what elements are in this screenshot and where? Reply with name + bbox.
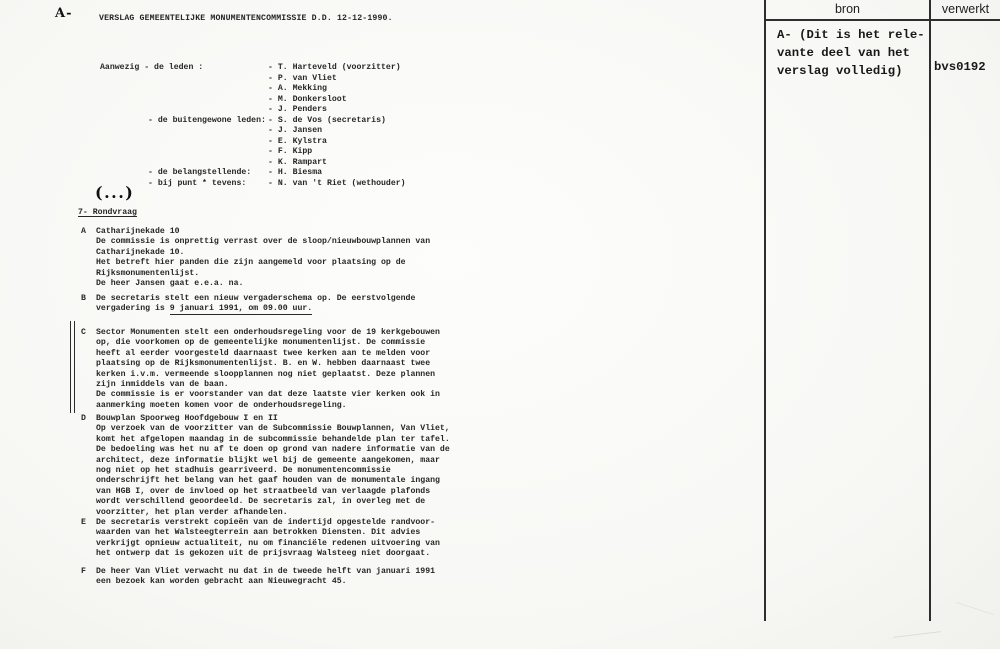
attendance-row: - de buitengewone leden: - S. de Vos (se…	[0, 116, 760, 127]
item-letter: C	[81, 328, 86, 338]
attendance-row: - K. Rampart	[0, 158, 760, 169]
sidebar-header-rule	[764, 19, 1000, 21]
column-header-verwerkt: verwerkt	[931, 2, 1000, 16]
attendee-name: - J. Jansen	[268, 126, 322, 136]
sidebar-left-rule	[764, 0, 766, 621]
page-title: VERSLAG GEMEENTELIJKE MONUMENTENCOMMISSI…	[99, 14, 393, 24]
attendance-group-label: - de buitengewone leden:	[148, 116, 266, 126]
scan-crease-artifact	[956, 602, 994, 615]
omission-mark: (...)	[95, 183, 134, 202]
attendance-group-label: - bij punt * tevens:	[148, 179, 246, 189]
attendance-row: - J. Penders	[0, 105, 760, 116]
bron-annotation-note: A- (Dit is het rele- vante deel van het …	[777, 26, 927, 80]
attendance-row: - J. Jansen	[0, 126, 760, 137]
attendance-row: Aanwezig - de leden : - T. Harteveld (vo…	[0, 63, 760, 74]
section-heading: 7- Rondvraag	[78, 208, 137, 218]
scanned-document-page: A- VERSLAG GEMEENTELIJKE MONUMENTENCOMMI…	[0, 0, 1000, 649]
item-letter: E	[81, 518, 86, 528]
attendee-name: - M. Donkersloot	[268, 95, 347, 105]
corner-annotation-mark: A-	[55, 6, 72, 21]
item-letter: D	[81, 414, 86, 424]
attendance-row: - A. Mekking	[0, 84, 760, 95]
item-body-text: De heer Van Vliet verwacht nu dat in de …	[96, 567, 464, 588]
item-body-text: Op verzoek van de voorzitter van de Subc…	[96, 424, 464, 518]
margin-emphasis-mark	[70, 321, 75, 413]
item-heading: Catharijnekade 10	[96, 227, 464, 237]
item-body-text: Sector Monumenten stelt een onderhoudsre…	[96, 328, 464, 411]
attendee-name: - H. Biesma	[268, 168, 322, 178]
verwerkt-code: bvs0192	[934, 60, 986, 74]
attendee-name: - E. Kylstra	[268, 137, 327, 147]
underlined-meeting-date: 9 januari 1991, om 09.00 uur.	[170, 304, 313, 315]
item-letter: B	[81, 294, 86, 304]
attendee-name: - T. Harteveld (voorzitter)	[268, 63, 401, 73]
attendance-group-label: Aanwezig - de leden :	[100, 63, 203, 73]
item-body-text: De commissie is onprettig verrast over d…	[96, 237, 464, 289]
attendance-row: - M. Donkersloot	[0, 95, 760, 106]
attendance-group-label: - de belangstellende:	[148, 168, 251, 178]
attendee-name: - S. de Vos (secretaris)	[268, 116, 386, 126]
attendance-row: - de belangstellende: - H. Biesma	[0, 168, 760, 179]
item-body-text: De secretaris verstrekt copieën van de i…	[96, 518, 464, 560]
attendee-name: - F. Kipp	[268, 147, 312, 157]
item-heading: Bouwplan Spoorweg Hoofdgebouw I en II	[96, 414, 464, 424]
attendance-row: - E. Kylstra	[0, 137, 760, 148]
sidebar-column-divider	[929, 0, 931, 621]
attendee-name: - K. Rampart	[268, 158, 327, 168]
attendance-row: - P. van Vliet	[0, 74, 760, 85]
attendance-list: Aanwezig - de leden : - T. Harteveld (vo…	[0, 63, 760, 190]
item-letter: A	[81, 227, 86, 237]
item-letter: F	[81, 567, 86, 577]
column-header-bron: bron	[766, 2, 929, 16]
attendee-name: - P. van Vliet	[268, 74, 337, 84]
scan-crease-artifact	[893, 631, 941, 638]
attendee-name: - A. Mekking	[268, 84, 327, 94]
attendance-row: - F. Kipp	[0, 147, 760, 158]
attendee-name: - N. van 't Riet (wethouder)	[268, 179, 406, 189]
attendee-name: - J. Penders	[268, 105, 327, 115]
item-body-text: De secretaris stelt een nieuw vergadersc…	[96, 294, 464, 315]
